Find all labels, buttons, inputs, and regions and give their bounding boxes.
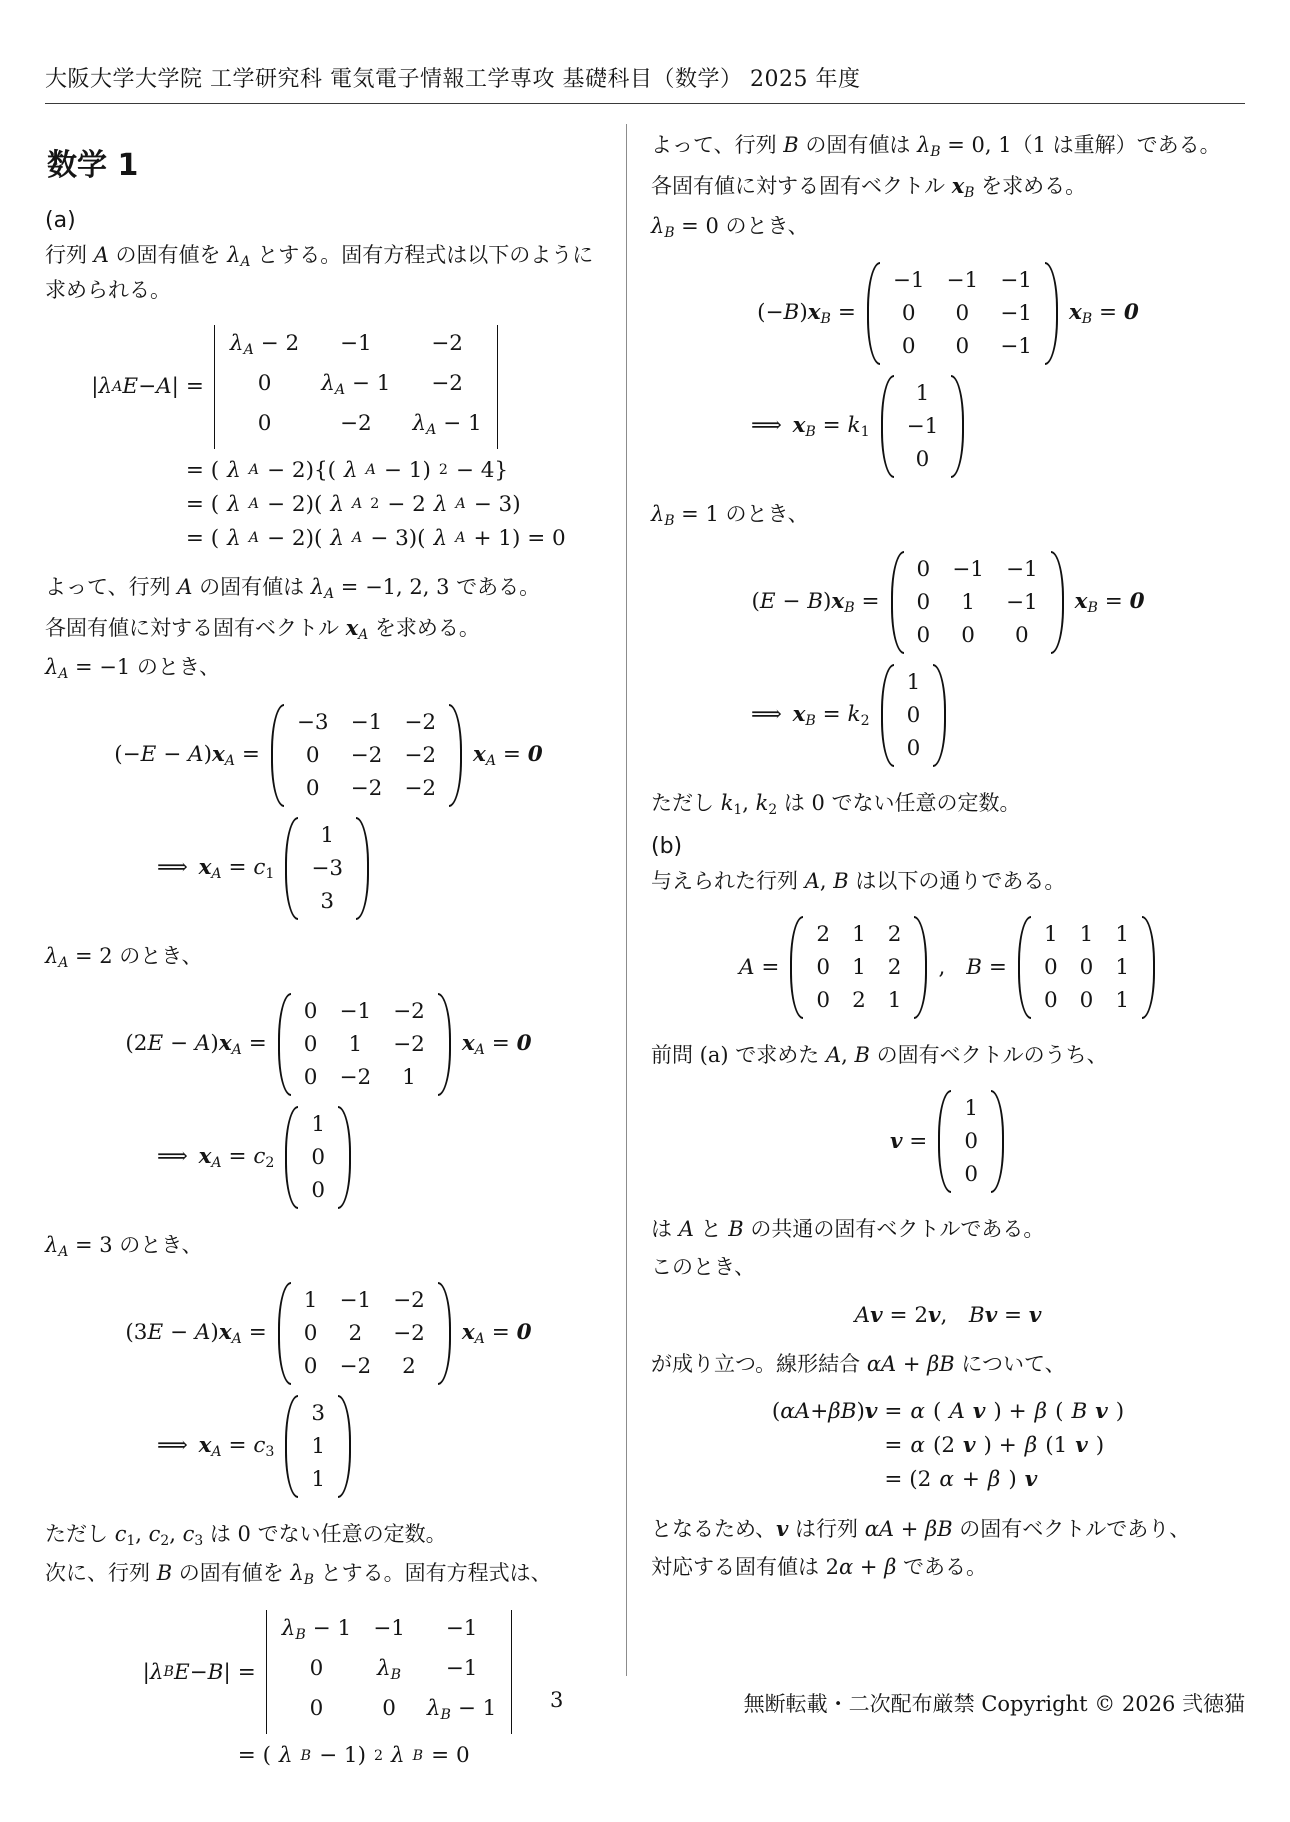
matrix-cell: −2 <box>382 1284 436 1317</box>
matrix-cell: −1 <box>310 327 401 367</box>
matrix-cell: 0 <box>953 1158 989 1191</box>
matrix-cell: 0 <box>362 1692 416 1732</box>
matrix-cell: −1 <box>416 1652 507 1692</box>
matrix-paren-left <box>278 1282 291 1385</box>
matrix-cell: −2 <box>401 367 492 407</box>
matrix-cell: 0 <box>896 699 932 732</box>
matrix-cell: −2 <box>382 1317 436 1350</box>
matrix-cell: λA − 2 <box>219 327 310 367</box>
implication-row: ⟹ xA = c3 311 <box>157 1395 612 1498</box>
eigenvector-k1: 1−10 <box>881 375 965 478</box>
matrix-cell: −2 <box>328 1061 382 1094</box>
matrix-grid: λB − 1−1−10λB−100λB − 1 <box>269 1610 510 1734</box>
paragraph-linear-combination: が成り立つ。線形結合 αA + βB について、 <box>651 1348 1245 1381</box>
matrix-grid: 100 <box>951 1090 991 1193</box>
matrix-paren-right <box>991 1090 1004 1193</box>
matrix-cell: 3 <box>300 885 354 918</box>
linear-line1: = α(Av) + β(Bv) <box>877 1399 1124 1424</box>
eigenvector-b0-lhs: (−B)xB = <box>757 300 856 327</box>
matrix-cell: 1 <box>877 984 913 1017</box>
matrix-cell: −1 <box>995 586 1049 619</box>
charpoly-b-line2: = (λB − 1)2λB = 0 <box>231 1743 470 1768</box>
paragraph-case-lambda-b-0: λB = 0 のとき、 <box>651 210 1245 245</box>
matrix-cell: 2 <box>877 918 913 951</box>
eigenvector-a2-impl: ⟹ xA = c2 <box>157 1144 274 1171</box>
matrix-paren-left <box>285 1395 298 1498</box>
matrix-cell: 0 <box>293 995 329 1028</box>
matrix-a-lhs: A = <box>739 955 779 980</box>
matrix-cell: 0 <box>896 732 932 765</box>
paragraph-constants-c: ただし c1, c2, c3 は 0 でない任意の定数。 <box>45 1518 612 1553</box>
charpoly-a-line1: = λA − 2−1−20λA − 1−20−2λA − 1 <box>179 325 500 449</box>
charpoly-a-line3: = (λA − 2)(λA2 − 2λA − 3) <box>179 492 521 517</box>
matrix-cell: −2 <box>393 772 447 805</box>
determinant-lambda-b: λB − 1−1−10λB−100λB − 1 <box>266 1610 513 1734</box>
matrix-cell: −3 <box>300 852 354 885</box>
charpoly-b-lhs: |λBE − B| <box>143 1660 231 1685</box>
matrix-paren-left <box>1018 916 1031 1019</box>
paragraph-case-lambda-a-3: λA = 3 のとき、 <box>45 1229 612 1264</box>
matrix-cell: 0 <box>219 407 310 447</box>
matrix-paren-left <box>867 262 880 365</box>
equals-sign: = <box>238 1660 256 1685</box>
matrix-3e-minus-a: 1−1−202−20−22 <box>278 1282 451 1385</box>
matrix-cell: 0 <box>300 1141 336 1174</box>
matrix-grid: 311 <box>298 1395 338 1498</box>
paragraph-eigenvalues-b: よって、行列 B の固有値は λB = 0, 1（1 は重解）である。 <box>651 129 1245 164</box>
matrix-paren-right <box>438 1282 451 1385</box>
matrix-cell: 2 <box>382 1350 436 1383</box>
matrix-cell: 0 <box>293 1061 329 1094</box>
matrix-a: 212012021 <box>790 916 927 1019</box>
matrix-b-lhs: B = <box>966 955 1007 980</box>
determinant-bar-left <box>214 325 215 449</box>
matrix-cell: 3 <box>300 1397 336 1430</box>
paragraph-given-matrices: 与えられた行列 A, B は以下の通りである。 <box>651 865 1245 898</box>
matrix-cell: 0 <box>896 443 950 476</box>
matrix-grid: 1−1−202−20−22 <box>291 1282 438 1385</box>
matrix-cell: 0 <box>271 1652 362 1692</box>
matrix-cell: 1 <box>382 1061 436 1094</box>
exam-solution-page: 大阪大学大学院 工学研究科 電気電子情報工学専攻 基礎科目（数学） 2025 年… <box>0 0 1290 1822</box>
matrix-paren-left <box>271 704 284 807</box>
matrix-cell: −1 <box>896 410 950 443</box>
paragraph-conclusion-1: となるため、v は行列 αA + βB の固有ベクトルであり、 <box>651 1512 1245 1546</box>
matrix-cell: −1 <box>340 706 394 739</box>
matrix-grid: 111001001 <box>1031 916 1142 1019</box>
matrix-cell: 2 <box>805 918 841 951</box>
eigenvector-c2: 100 <box>285 1106 351 1209</box>
matrix-cell: 1 <box>1104 984 1140 1017</box>
matrix-paren-left <box>285 1106 298 1209</box>
matrix-paren-right <box>449 704 462 807</box>
matrix-grid: 100 <box>894 664 934 767</box>
matrix-cell: 0 <box>805 951 841 984</box>
matrix-cell: 0 <box>271 1692 362 1732</box>
matrix-cell: 1 <box>896 666 932 699</box>
aligned-block-charpoly-b: |λBE − B| = λB − 1−1−10λB−100λB − 1 = (λ… <box>45 1610 612 1768</box>
matrix-cell: 1 <box>328 1028 382 1061</box>
matrix-cell: λA − 1 <box>401 407 492 447</box>
vector-v-lhs: v = <box>890 1129 927 1154</box>
matrix-paren-right <box>951 375 964 478</box>
matrix-cell: 0 <box>906 586 942 619</box>
matrix-cell: λA − 1 <box>310 367 401 407</box>
determinant-bar-right <box>511 1610 512 1734</box>
matrix-cell: λB <box>362 1652 416 1692</box>
matrix-cell: 0 <box>293 1350 329 1383</box>
matrix-paren-right <box>1142 916 1155 1019</box>
matrix-paren-right <box>914 916 927 1019</box>
copyright-notice: 無断転載・二次配布厳禁 Copyright © 2026 弐徳猫 <box>744 1688 1245 1718</box>
matrix-grid: 100 <box>298 1106 338 1209</box>
matrix-equation-row: (E − B)xB = 0−1−101−1000 xB = 0 <box>651 551 1245 654</box>
equation-av-bv: Av = 2v, Bv = v <box>651 1303 1245 1328</box>
matrix-cell: −2 <box>393 739 447 772</box>
matrix-cell: 0 <box>1069 984 1105 1017</box>
matrix-paren-right <box>1045 262 1058 365</box>
implication-row: ⟹ xB = k1 1−10 <box>751 375 1245 478</box>
matrix-cell: 1 <box>841 951 877 984</box>
eigenvector-b0-tail: xB = 0 <box>1069 300 1139 327</box>
matrix-equation-row: (−B)xB = −1−1−100−100−1 xB = 0 <box>651 262 1245 365</box>
eigen-relations: Av = 2v, Bv = v <box>855 1303 1042 1328</box>
eigenvector-k2: 100 <box>881 664 947 767</box>
matrix-cell: 0 <box>1069 951 1105 984</box>
matrix-cell: −1 <box>989 264 1043 297</box>
matrix-cell: 0 <box>906 553 942 586</box>
matrix-cell: −1 <box>995 553 1049 586</box>
matrix-cell: 0 <box>995 619 1049 652</box>
charpoly-a-lhs: |λAE − A| <box>91 374 179 399</box>
charpoly-a-line4: = (λA − 2)(λA − 3)(λA + 1) = 0 <box>179 526 566 551</box>
aligned-block-charpoly-a: |λAE − A| = λA − 2−1−20λA − 1−20−2λA − 1… <box>45 325 612 551</box>
matrix-cell: λB − 1 <box>271 1612 362 1652</box>
matrix-cell: −2 <box>382 1028 436 1061</box>
determinant-bar-right <box>497 325 498 449</box>
matrix-cell: −2 <box>401 327 492 367</box>
comma-separator: , <box>938 955 945 980</box>
page-number: 3 <box>550 1688 563 1712</box>
eigenvector-a2-tail: xA = 0 <box>462 1031 532 1058</box>
matrix-cell: −1 <box>882 264 936 297</box>
matrix-cell: λB − 1 <box>416 1692 507 1732</box>
matrix-cell: 0 <box>882 330 936 363</box>
matrix-cell: 1 <box>300 1108 336 1141</box>
matrix-cell: −1 <box>989 330 1043 363</box>
matrix-cell: 1 <box>300 1463 336 1496</box>
eigenvector-b0-impl: ⟹ xB = k1 <box>751 413 870 440</box>
eigenvector-a2-lhs: (2E − A)xA = <box>125 1031 266 1058</box>
matrix-paren-left <box>790 916 803 1019</box>
matrix-cell: 1 <box>1104 951 1140 984</box>
eigenvector-a1-lhs: (−E − A)xA = <box>114 742 260 769</box>
determinant-bar-left <box>266 1610 267 1734</box>
equation-matrices-ab: A = 212012021 , B = 111001001 <box>651 916 1245 1019</box>
matrix-b: 111001001 <box>1018 916 1155 1019</box>
matrix-grid: −3−1−20−2−20−2−2 <box>284 704 449 807</box>
eigenvector-a3-tail: xA = 0 <box>462 1320 532 1347</box>
left-column: 数学 1 (a) 行列 A の固有値を λA とする。固有方程式は以下のように求… <box>45 124 626 1676</box>
section-a-label: (a) <box>45 208 612 233</box>
paragraph-conclusion-2: 対応する固有値は 2α + β である。 <box>651 1551 1245 1584</box>
eigenvector-b1-lhs: (E − B)xB = <box>751 589 879 616</box>
matrix-cell: −2 <box>340 739 394 772</box>
implication-row: ⟹ xA = c2 100 <box>157 1106 612 1209</box>
paragraph-constants-k: ただし k1, k2 は 0 でない任意の定数。 <box>651 787 1245 822</box>
matrix-paren-left <box>285 817 298 920</box>
matrix-cell: −2 <box>340 772 394 805</box>
paragraph-then: このとき、 <box>651 1251 1245 1284</box>
matrix-cell: 0 <box>936 297 990 330</box>
matrix-cell: −1 <box>362 1612 416 1652</box>
matrix-grid: 0−1−101−1000 <box>904 551 1051 654</box>
matrix-cell: 1 <box>1069 918 1105 951</box>
section-b-label: (b) <box>651 834 1245 859</box>
page-header: 大阪大学大学院 工学研究科 電気電子情報工学専攻 基礎科目（数学） 2025 年… <box>45 0 1245 104</box>
matrix-cell: 0 <box>1033 951 1069 984</box>
vector-definition-row: v = 100 <box>651 1090 1245 1193</box>
matrix-cell: 0 <box>882 297 936 330</box>
implication-row: ⟹ xB = k2 100 <box>751 664 1245 767</box>
matrix-cell: −1 <box>989 297 1043 330</box>
paragraph-eigenvalues-a: よって、行列 A の固有値は λA = −1, 2, 3 である。 <box>45 571 612 606</box>
matrix-paren-right <box>338 1106 351 1209</box>
matrix-cell: 1 <box>1104 918 1140 951</box>
matrix-cell: 1 <box>941 586 995 619</box>
matrix-neg-b: −1−1−100−100−1 <box>867 262 1058 365</box>
matrix-cell: −2 <box>310 407 401 447</box>
header-text: 大阪大学大学院 工学研究科 電気電子情報工学専攻 基礎科目（数学） 2025 年… <box>45 67 860 92</box>
matrix-cell: 0 <box>941 619 995 652</box>
matrix-cell: 1 <box>293 1284 329 1317</box>
paragraph-case-lambda-a-2: λA = 2 のとき、 <box>45 940 612 975</box>
eigenvector-b1-tail: xB = 0 <box>1075 589 1145 616</box>
eigenvector-a1-tail: xA = 0 <box>473 742 543 769</box>
matrix-paren-right <box>356 817 369 920</box>
matrix-cell: 0 <box>906 619 942 652</box>
determinant-lambda-a: λA − 2−1−20λA − 1−20−2λA − 1 <box>214 325 498 449</box>
matrix-grid: 212012021 <box>803 916 914 1019</box>
matrix-paren-left <box>881 375 894 478</box>
paragraph-eigenvectors-a: 各固有値に対する固有ベクトル xA を求める。 <box>45 611 612 647</box>
matrix-cell: −2 <box>328 1350 382 1383</box>
matrix-grid: 1−33 <box>298 817 356 920</box>
eigenvector-c1: 1−33 <box>285 817 369 920</box>
matrix-cell: −1 <box>941 553 995 586</box>
equation-linear-combination: (αA + βB)v = α(Av) + β(Bv) = α(2v) + β(1… <box>651 1399 1245 1492</box>
aligned-block-linear: (αA + βB)v = α(Av) + β(Bv) = α(2v) + β(1… <box>651 1399 1245 1492</box>
matrix-cell: 0 <box>1033 984 1069 1017</box>
equation-eigenvector-a-neg1: (−E − A)xA = −3−1−20−2−20−2−2 xA = 0 ⟹ x… <box>45 704 612 920</box>
matrix-grid: 1−10 <box>894 375 952 478</box>
eigenvector-b1-impl: ⟹ xB = k2 <box>751 702 870 729</box>
matrix-cell: 0 <box>219 367 310 407</box>
matrix-cell: 2 <box>328 1317 382 1350</box>
paragraph-case-lambda-a-neg1: λA = −1 のとき、 <box>45 651 612 686</box>
matrix-paren-left <box>891 551 904 654</box>
matrix-grid: λA − 2−1−20λA − 1−20−2λA − 1 <box>217 325 495 449</box>
matrix-paren-right <box>1051 551 1064 654</box>
matrix-cell: 0 <box>936 330 990 363</box>
matrix-e-minus-b: 0−1−101−1000 <box>891 551 1064 654</box>
paragraph-intro-a: 行列 A の固有値を λA とする。固有方程式は以下のように求められる。 <box>45 239 612 307</box>
matrix-paren-left <box>278 993 291 1096</box>
eigenvector-c3: 311 <box>285 1395 351 1498</box>
matrix-cell: −1 <box>936 264 990 297</box>
matrix-cell: 1 <box>1033 918 1069 951</box>
equals-sign: = <box>186 374 204 399</box>
matrix-cell: −2 <box>382 995 436 1028</box>
paragraph-next-b: 次に、行列 B の固有値を λB とする。固有方程式は、 <box>45 1557 612 1592</box>
matrix-grid: 0−1−201−20−21 <box>291 993 438 1096</box>
matrix-cell: 0 <box>300 1174 336 1207</box>
eigenvector-a3-impl: ⟹ xA = c3 <box>157 1433 274 1460</box>
matrix-cell: 0 <box>286 772 340 805</box>
matrix-cell: −1 <box>328 995 382 1028</box>
matrix-cell: 1 <box>841 918 877 951</box>
eigen-relation-row: Av = 2v, Bv = v <box>651 1303 1245 1328</box>
matrix-cell: −2 <box>393 706 447 739</box>
matrix-paren-right <box>933 664 946 767</box>
equation-charpoly-a: |λAE − A| = λA − 2−1−20λA − 1−20−2λA − 1… <box>45 325 612 551</box>
matrix-cell: 0 <box>286 739 340 772</box>
content-columns: 数学 1 (a) 行列 A の固有値を λA とする。固有方程式は以下のように求… <box>45 124 1245 1676</box>
matrix-cell: 1 <box>953 1092 989 1125</box>
equation-eigenvector-b-1: (E − B)xB = 0−1−101−1000 xB = 0 ⟹ xB = k… <box>651 551 1245 767</box>
matrix-cell: 0 <box>293 1317 329 1350</box>
equation-eigenvector-b-0: (−B)xB = −1−1−100−100−1 xB = 0 ⟹ xB = k1… <box>651 262 1245 478</box>
matrix-cell: 0 <box>293 1028 329 1061</box>
matrix-cell: 2 <box>877 951 913 984</box>
eigenvector-a3-lhs: (3E − A)xA = <box>125 1320 266 1347</box>
matrix-paren-left <box>881 664 894 767</box>
linear-lhs: (αA + βB)v <box>772 1399 878 1424</box>
linear-line3: = (2α + β)v <box>877 1467 1037 1492</box>
charpoly-b-line1: = λB − 1−1−10λB−100λB − 1 <box>231 1610 515 1734</box>
matrix-neg-e-minus-a: −3−1−20−2−20−2−2 <box>271 704 462 807</box>
matrix-cell: 1 <box>896 377 950 410</box>
vector-v: 100 <box>938 1090 1004 1193</box>
matrix-paren-left <box>938 1090 951 1193</box>
matrix-paren-right <box>338 1395 351 1498</box>
paragraph-common-eigenvector: は A と B の共通の固有ベクトルである。 <box>651 1213 1245 1246</box>
equation-common-vector-v: v = 100 <box>651 1090 1245 1193</box>
eigenvector-a1-impl: ⟹ xA = c1 <box>157 855 274 882</box>
matrix-cell: 0 <box>805 984 841 1017</box>
matrix-cell: 1 <box>300 1430 336 1463</box>
matrix-cell: −3 <box>286 706 340 739</box>
right-column: よって、行列 B の固有値は λB = 0, 1（1 は重解）である。 各固有値… <box>627 124 1245 1676</box>
linear-line2: = α(2v) + β(1v) <box>877 1433 1104 1458</box>
matrix-definition-row: A = 212012021 , B = 111001001 <box>651 916 1245 1019</box>
implication-row: ⟹ xA = c1 1−33 <box>157 817 612 920</box>
paragraph-case-lambda-b-1: λB = 1 のとき、 <box>651 498 1245 533</box>
matrix-equation-row: (3E − A)xA = 1−1−202−20−22 xA = 0 <box>45 1282 612 1385</box>
matrix-cell: −1 <box>416 1612 507 1652</box>
matrix-cell: −1 <box>328 1284 382 1317</box>
equation-eigenvector-a-3: (3E − A)xA = 1−1−202−20−22 xA = 0 ⟹ xA =… <box>45 1282 612 1498</box>
matrix-grid: −1−1−100−100−1 <box>880 262 1045 365</box>
charpoly-a-line2: = (λA − 2){(λA − 1)2 − 4} <box>179 458 508 483</box>
paragraph-eigenvectors-b: 各固有値に対する固有ベクトル xB を求める。 <box>651 169 1245 205</box>
matrix-equation-row: (−E − A)xA = −3−1−20−2−20−2−2 xA = 0 <box>45 704 612 807</box>
matrix-cell: 2 <box>841 984 877 1017</box>
matrix-cell: 0 <box>953 1125 989 1158</box>
problem-title: 数学 1 <box>47 140 612 184</box>
paragraph-previous-part: 前問 (a) で求めた A, B の固有ベクトルのうち、 <box>651 1039 1245 1072</box>
matrix-cell: 1 <box>300 819 354 852</box>
matrix-2e-minus-a: 0−1−201−20−21 <box>278 993 451 1096</box>
matrix-equation-row: (2E − A)xA = 0−1−201−20−21 xA = 0 <box>45 993 612 1096</box>
matrix-paren-right <box>438 993 451 1096</box>
equation-charpoly-b: |λBE − B| = λB − 1−1−10λB−100λB − 1 = (λ… <box>45 1610 612 1768</box>
equation-eigenvector-a-2: (2E − A)xA = 0−1−201−20−21 xA = 0 ⟹ xA =… <box>45 993 612 1209</box>
